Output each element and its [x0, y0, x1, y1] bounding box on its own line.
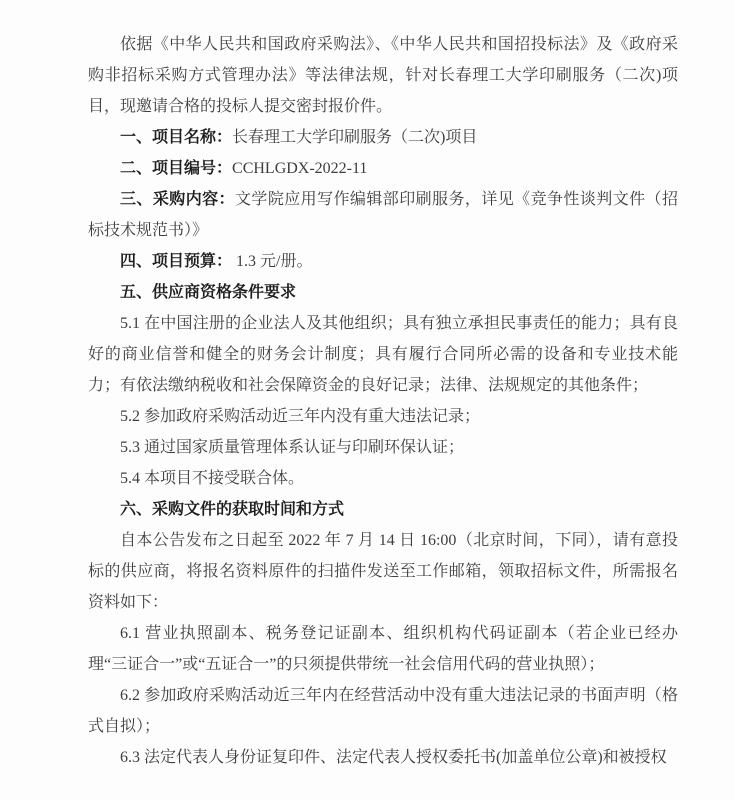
- supplier-qualification-heading: 五、供应商资格条件要求: [88, 277, 678, 308]
- procurement-content-label: 三、采购内容：: [120, 191, 235, 208]
- intro-paragraph: 依据《中华人民共和国政府采购法》、《中华人民共和国招投标法》及《政府采购非招标采…: [88, 29, 678, 122]
- clause-5-1: 5.1 在中国注册的企业法人及其他组织；具有独立承担民事责任的能力；具有良好的商…: [88, 308, 678, 401]
- document-acquisition-heading: 六、采购文件的获取时间和方式: [88, 494, 678, 525]
- project-number-value: CCHLGDX-2022-11: [232, 160, 367, 177]
- clause-6-2: 6.2 参加政府采购活动近三年内在经营活动中没有重大违法记录的书面声明（格式自拟…: [88, 680, 678, 742]
- project-number-label: 二、项目编号：: [120, 160, 232, 177]
- clause-5-3: 5.3 通过国家质量管理体系认证与印刷环保认证；: [88, 432, 678, 463]
- project-name-label: 一、项目名称：: [120, 129, 232, 146]
- acquisition-intro-paragraph: 自本公告发布之日起至 2022 年 7 月 14 日 16:00（北京时间，下同…: [88, 525, 678, 618]
- project-number-item: 二、项目编号：CCHLGDX-2022-11: [88, 153, 678, 184]
- document-acquisition-heading-text: 六、采购文件的获取时间和方式: [120, 501, 344, 518]
- clause-6-3: 6.3 法定代表人身份证复印件、法定代表人授权委托书(加盖单位公章)和被授权: [88, 742, 678, 773]
- project-budget-item: 四、项目预算： 1.3 元/册。: [88, 246, 678, 277]
- supplier-qualification-heading-text: 五、供应商资格条件要求: [120, 284, 296, 301]
- clause-6-1: 6.1 营业执照副本、税务登记证副本、组织机构代码证副本（若企业已经办理“三证合…: [88, 618, 678, 680]
- project-budget-label: 四、项目预算：: [120, 253, 232, 270]
- procurement-content-item: 三、采购内容：文学院应用写作编辑部印刷服务，详见《竞争性谈判文件（招标技术规范书…: [88, 184, 678, 246]
- project-name-value: 长春理工大学印刷服务（二次)项目: [232, 129, 477, 146]
- project-name-item: 一、项目名称：长春理工大学印刷服务（二次)项目: [88, 122, 678, 153]
- clause-5-2: 5.2 参加政府采购活动近三年内没有重大违法记录；: [88, 401, 678, 432]
- clause-5-4: 5.4 本项目不接受联合体。: [88, 463, 678, 494]
- project-budget-value: 1.3 元/册。: [232, 253, 312, 270]
- document-page: 依据《中华人民共和国政府采购法》、《中华人民共和国招投标法》及《政府采购非招标采…: [0, 0, 734, 800]
